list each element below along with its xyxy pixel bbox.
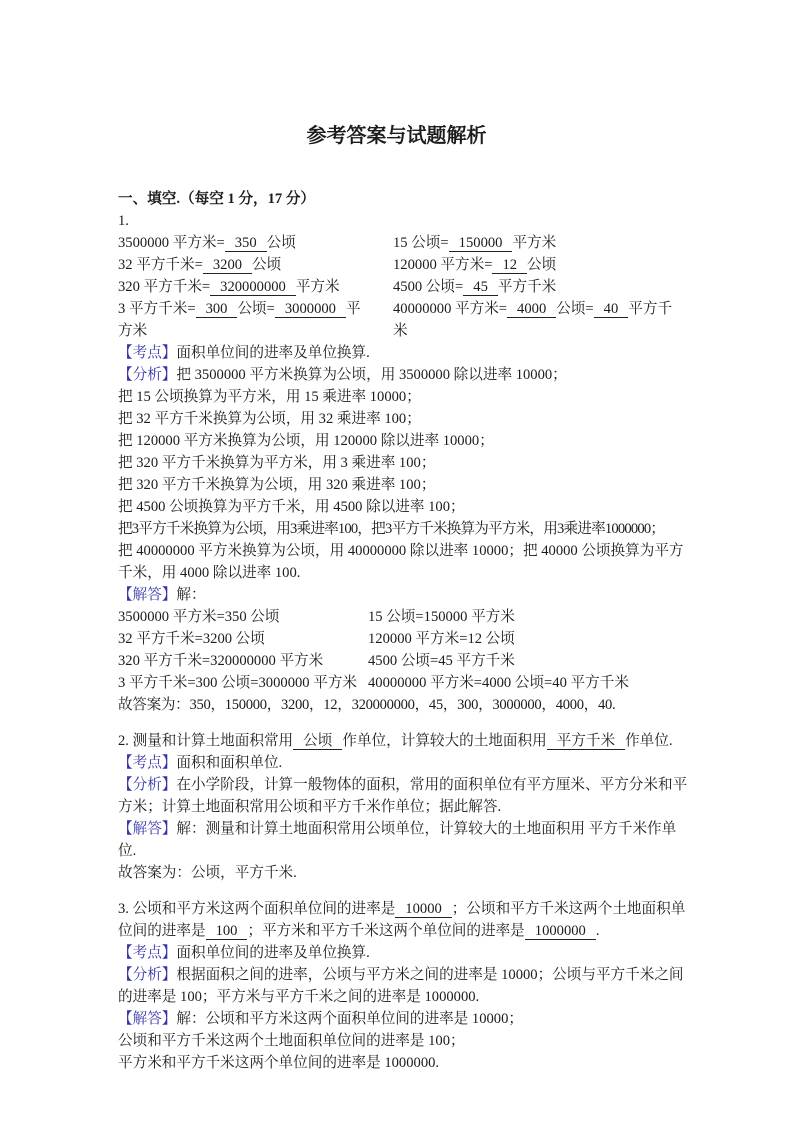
text-run: 3500000 平方米= (118, 235, 225, 251)
text-line: 【分析】根据面积之间的进率，公顷与平方米之间的进率是 10000；公顷与平方千米… (118, 964, 694, 1008)
text-run: 公顷= (237, 301, 274, 317)
text-run: 故答案为：公顷，平方千米. (118, 865, 297, 881)
text-line: 【考点】面积单位间的进率及单位换算. (118, 342, 694, 364)
blank-answer: 40 (594, 301, 629, 318)
blank-answer: 100 (206, 923, 248, 940)
text-run: 120000 平方米= (393, 257, 492, 273)
blank-answer: 320000000 (210, 279, 296, 296)
text-run: 公顷 (267, 235, 296, 251)
text-run: 公顷 (252, 257, 281, 273)
blank-answer: 150000 (449, 235, 513, 252)
page-title: 参考答案与试题解析 (0, 124, 793, 148)
text-run: 把 3500000 平方米换算为公顷，用 3500000 除以进率 10000； (176, 367, 566, 383)
document-page: 参考答案与试题解析 一、填空.（每空 1 分，17 分） 1. 3500000 … (0, 0, 793, 1122)
text-run: 把3平方千米换算为公顷，用3乘进率100，把3平方千米换算为平方米，用3乘进率1… (118, 521, 664, 537)
text-line: 平方米和平方千米这两个单位间的进率是 1000000. (118, 1052, 694, 1074)
text-run: 15 公顷= (393, 235, 449, 251)
document-content: 一、填空.（每空 1 分，17 分） 1. 3500000 平方米=350公顷3… (118, 188, 694, 1074)
text-run: 面积单位间的进率及单位换算. (176, 945, 369, 961)
problem-1-conclusion: 故答案为：350，150000，3200，12，320000000，45，300… (118, 694, 694, 716)
blank-answer: 350 (225, 235, 267, 252)
text-line: 3. 公顷和平方米这两个面积单位间的进率是10000；公顷和平方千米这两个土地面… (118, 898, 694, 942)
text-line: 4500 公顷=45平方千米 (393, 276, 673, 298)
bracket-label: 【分析】 (118, 967, 176, 983)
text-run: 根据面积之间的进率，公顷与平方米之间的进率是 10000；公顷与平方千米之间的进… (118, 967, 684, 1005)
section-header: 一、填空.（每空 1 分，17 分） (118, 188, 694, 210)
text-run: 4500 公顷=45 平方千米 (368, 653, 515, 669)
problem-2-kaodian: 【考点】面积和面积单位. (118, 752, 694, 774)
text-line: 3500000 平方米=350 公顷15 公顷=150000 平方米 (118, 606, 694, 628)
text-line: 【考点】面积和面积单位. (118, 752, 694, 774)
text-line: 32 平方千米=3200公顷 (118, 254, 372, 276)
text-line: 2. 测量和计算土地面积常用公顷作单位，计算较大的土地面积用平方千米作单位. (118, 730, 694, 752)
text-run: 公顷 (527, 257, 556, 273)
problem-2-question: 2. 测量和计算土地面积常用公顷作单位，计算较大的土地面积用平方千米作单位. (118, 730, 694, 752)
text-run: 4500 公顷= (393, 279, 463, 295)
text-run: ；平方米和平方千米这两个单位间的进率是 (247, 923, 524, 939)
text-run: 解：公顷和平方米这两个面积单位间的进率是 10000； (176, 1011, 523, 1027)
text-run: 在小学阶段，计算一般物体的面积，常用的面积单位有平方厘米、平方分米和平方米；计算… (118, 777, 687, 815)
text-line: 把 15 公顷换算为平方米，用 15 乘进率 10000； (118, 386, 694, 408)
text-line: 把 4500 公顷换算为平方千米，用 4500 除以进率 100； (118, 496, 694, 518)
text-line: 【解答】解： (118, 584, 694, 606)
problem-2-jieda: 【解答】解：测量和计算土地面积常用公顷单位，计算较大的土地面积用 平方千米作单位… (118, 818, 694, 862)
bracket-label: 【解答】 (118, 821, 176, 837)
blank-answer: 3000000 (275, 301, 346, 318)
text-run: 把 32 平方千米换算为公顷，用 32 乘进率 100； (118, 411, 421, 427)
text-run: 把 4500 公顷换算为平方千米，用 4500 除以进率 100； (118, 499, 465, 515)
blank-answer: 10000 (395, 901, 451, 918)
text-run: 面积单位间的进率及单位换算. (176, 345, 369, 361)
text-run: 32 平方千米=3200 公顷 (118, 628, 368, 650)
text-run: 3 平方千米= (118, 301, 196, 317)
text-line: 把 320 平方千米换算为公顷，用 320 乘进率 100； (118, 474, 694, 496)
text-run: 故答案为：350，150000，3200，12，320000000，45，300… (118, 697, 615, 713)
bracket-label: 【考点】 (118, 345, 176, 361)
bracket-label: 【考点】 (118, 945, 176, 961)
text-run: 把 120000 平方米换算为公顷，用 120000 除以进率 10000； (118, 433, 494, 449)
text-run: 3. 公顷和平方米这两个面积单位间的进率是 (118, 901, 395, 917)
text-line: 把3平方千米换算为公顷，用3乘进率100，把3平方千米换算为平方米，用3乘进率1… (118, 518, 694, 540)
text-line: 【分析】在小学阶段，计算一般物体的面积，常用的面积单位有平方厘米、平方分米和平方… (118, 774, 694, 818)
text-run: 40000000 平方米=4000 公顷=40 平方千米 (368, 675, 629, 691)
bracket-label: 【分析】 (118, 367, 176, 383)
problem-1-jieda-heading: 【解答】解： (118, 584, 694, 606)
text-run: 120000 平方米=12 公顷 (368, 631, 515, 647)
blank-answer: 3200 (203, 257, 252, 274)
text-run: 平方米 (512, 235, 556, 251)
blank-answer: 300 (196, 301, 238, 318)
blank-answer: 45 (463, 279, 498, 296)
fill-column-right: 15 公顷=150000平方米120000 平方米=12公顷4500 公顷=45… (393, 232, 673, 342)
text-run: 解：测量和计算土地面积常用公顷单位，计算较大的土地面积用 平方千米作单位. (118, 821, 676, 859)
text-run: 把 15 公顷换算为平方米，用 15 乘进率 10000； (118, 389, 421, 405)
problem-3-question: 3. 公顷和平方米这两个面积单位间的进率是10000；公顷和平方千米这两个土地面… (118, 898, 694, 942)
text-line: 320 平方千米=320000000 平方米4500 公顷=45 平方千米 (118, 650, 694, 672)
text-line: 【解答】解：测量和计算土地面积常用公顷单位，计算较大的土地面积用 平方千米作单位… (118, 818, 694, 862)
text-line: 320 平方千米=320000000平方米 (118, 276, 372, 298)
problem-1-number: 1. (118, 210, 694, 232)
problem-3: 3. 公顷和平方米这两个面积单位间的进率是10000；公顷和平方千米这两个土地面… (118, 898, 694, 1074)
blank-answer: 平方千米 (547, 733, 625, 750)
bracket-label: 【考点】 (118, 755, 176, 771)
text-line: 把 320 平方千米换算为平方米，用 3 乘进率 100； (118, 452, 694, 474)
text-run: 2. 测量和计算土地面积常用 (118, 733, 293, 749)
blank-answer: 4000 (507, 301, 556, 318)
text-line: 公顷和平方千米这两个土地面积单位间的进率是 100； (118, 1030, 694, 1052)
text-line: 把 120000 平方米换算为公顷，用 120000 除以进率 10000； (118, 430, 694, 452)
text-run: . (596, 923, 600, 939)
text-run: 320 平方千米=320000000 平方米 (118, 650, 368, 672)
problem-1-fenxi: 【分析】把 3500000 平方米换算为公顷，用 3500000 除以进率 10… (118, 364, 694, 584)
text-run: 公顷和平方千米这两个土地面积单位间的进率是 100； (118, 1033, 465, 1049)
bracket-label: 【解答】 (118, 587, 176, 603)
text-run: 作单位，计算较大的土地面积用 (342, 733, 546, 749)
text-run: 40000000 平方米= (393, 301, 507, 317)
text-line: 【分析】把 3500000 平方米换算为公顷，用 3500000 除以进率 10… (118, 364, 694, 386)
fill-column-left: 3500000 平方米=350公顷32 平方千米=3200公顷320 平方千米=… (118, 232, 372, 342)
text-line: 【考点】面积单位间的进率及单位换算. (118, 942, 694, 964)
text-line: 120000 平方米=12公顷 (393, 254, 673, 276)
text-run: 面积和面积单位. (176, 755, 282, 771)
text-run: 平方千米 (498, 279, 556, 295)
problem-3-fenxi: 【分析】根据面积之间的进率，公顷与平方米之间的进率是 10000；公顷与平方千米… (118, 964, 694, 1008)
problem-1-kaodian: 【考点】面积单位间的进率及单位换算. (118, 342, 694, 364)
problem-1-fill-grid: 3500000 平方米=350公顷32 平方千米=3200公顷320 平方千米=… (118, 232, 694, 342)
problem-2: 2. 测量和计算土地面积常用公顷作单位，计算较大的土地面积用平方千米作单位. 【… (118, 730, 694, 884)
text-line: 32 平方千米=3200 公顷120000 平方米=12 公顷 (118, 628, 694, 650)
text-run: 公顷= (556, 301, 593, 317)
problem-1-jieda-rows: 3500000 平方米=350 公顷15 公顷=150000 平方米32 平方千… (118, 606, 694, 694)
text-run: 把 40000000 平方米换算为公顷，用 40000000 除以进率 1000… (118, 543, 684, 581)
text-run: 把 320 平方千米换算为公顷，用 320 乘进率 100； (118, 477, 435, 493)
problem-1: 1. 3500000 平方米=350公顷32 平方千米=3200公顷320 平方… (118, 210, 694, 716)
text-run: 把 320 平方千米换算为平方米，用 3 乘进率 100； (118, 455, 435, 471)
blank-answer: 12 (492, 257, 527, 274)
text-line: 40000000 平方米=4000公顷=40平方千米 (393, 298, 673, 342)
text-line: 故答案为：350，150000，3200，12，320000000，45，300… (118, 694, 694, 716)
text-line: 把 32 平方千米换算为公顷，用 32 乘进率 100； (118, 408, 694, 430)
text-run: 平方米和平方千米这两个单位间的进率是 1000000. (118, 1055, 439, 1071)
text-line: 3 平方千米=300公顷=3000000平方米 (118, 298, 372, 342)
text-run: 3 平方千米=300 公顷=3000000 平方米 (118, 672, 368, 694)
text-run: 15 公顷=150000 平方米 (368, 609, 515, 625)
problem-3-jieda: 【解答】解：公顷和平方米这两个面积单位间的进率是 10000；公顷和平方千米这两… (118, 1008, 694, 1074)
text-line: 3 平方千米=300 公顷=3000000 平方米40000000 平方米=40… (118, 672, 694, 694)
text-run: 解： (176, 587, 205, 603)
blank-answer: 公顷 (293, 733, 342, 750)
text-line: 故答案为：公顷，平方千米. (118, 862, 694, 884)
text-run: 320 平方千米= (118, 279, 210, 295)
text-line: 15 公顷=150000平方米 (393, 232, 673, 254)
text-line: 3500000 平方米=350公顷 (118, 232, 372, 254)
problem-2-conclusion: 故答案为：公顷，平方千米. (118, 862, 694, 884)
text-line: 把 40000000 平方米换算为公顷，用 40000000 除以进率 1000… (118, 540, 694, 584)
bracket-label: 【解答】 (118, 1011, 176, 1027)
text-run: 平方米 (296, 279, 340, 295)
problem-3-kaodian: 【考点】面积单位间的进率及单位换算. (118, 942, 694, 964)
bracket-label: 【分析】 (118, 777, 176, 793)
text-run: 32 平方千米= (118, 257, 203, 273)
problem-2-fenxi: 【分析】在小学阶段，计算一般物体的面积，常用的面积单位有平方厘米、平方分米和平方… (118, 774, 694, 818)
text-run: 3500000 平方米=350 公顷 (118, 606, 368, 628)
blank-answer: 1000000 (525, 923, 596, 940)
text-line: 【解答】解：公顷和平方米这两个面积单位间的进率是 10000； (118, 1008, 694, 1030)
text-run: 作单位. (625, 733, 672, 749)
